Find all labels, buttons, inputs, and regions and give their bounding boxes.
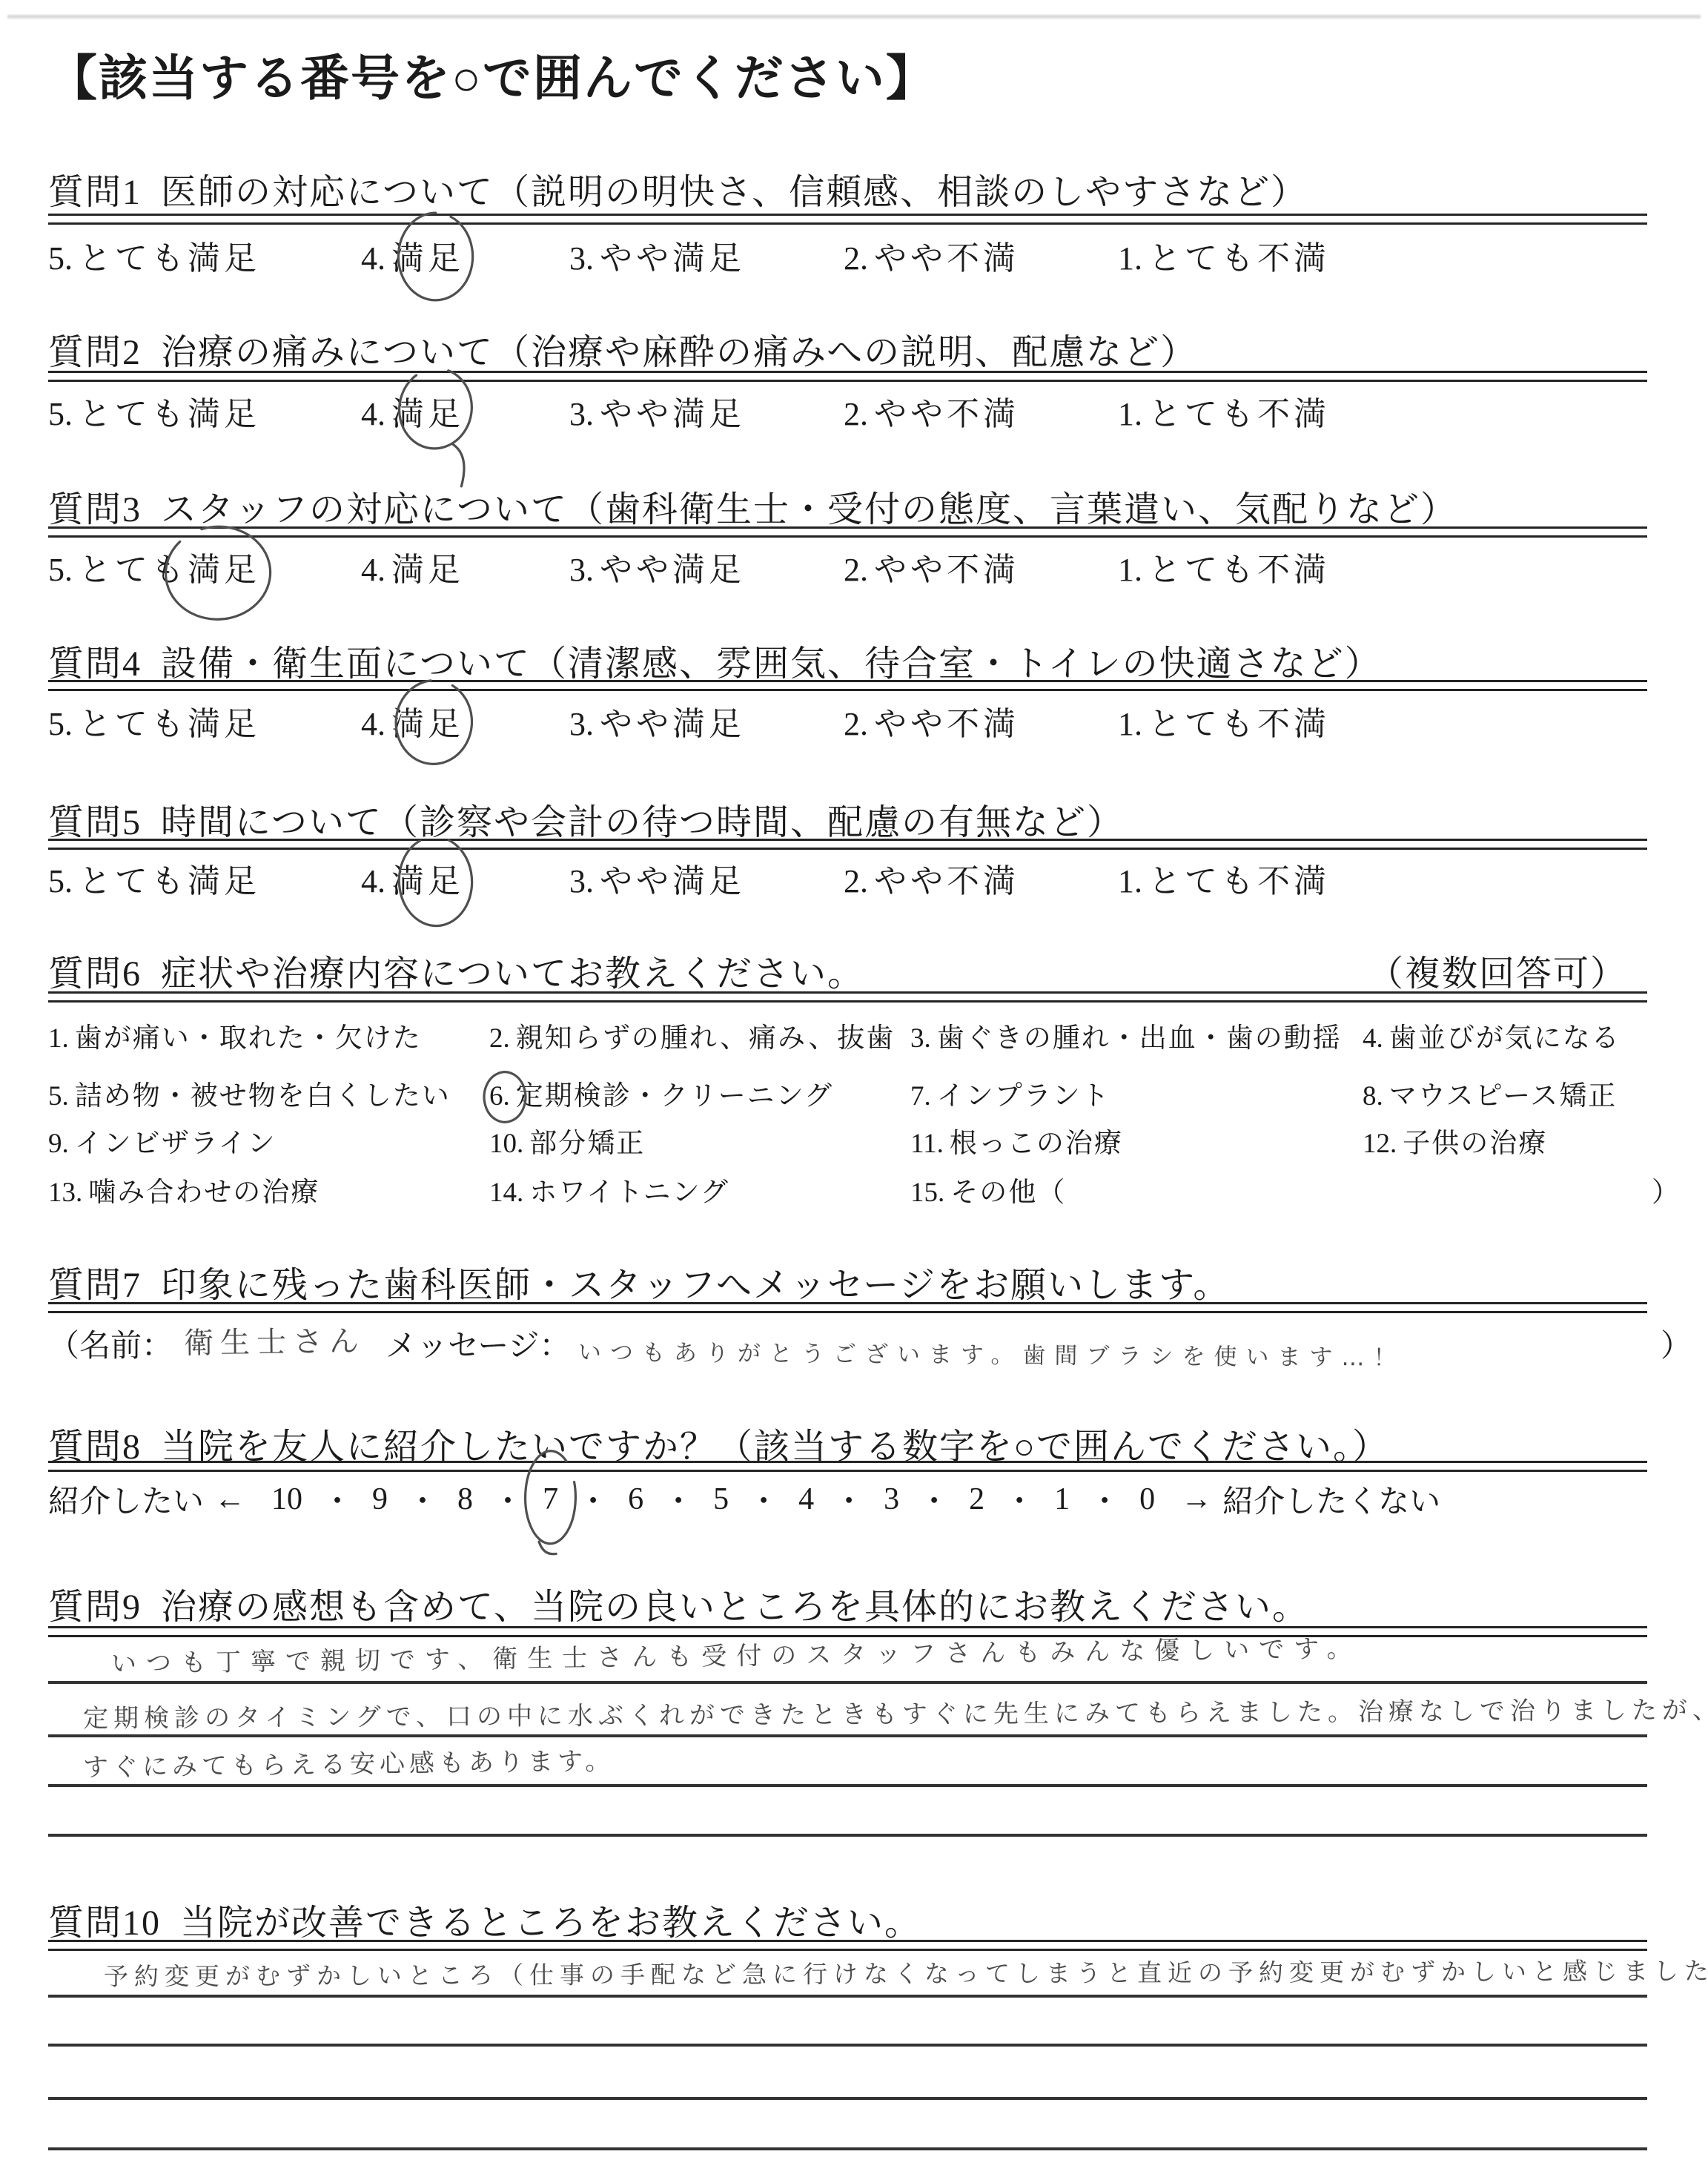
q8-number-8: 8 (457, 1482, 473, 1517)
question-7-name-value-handwriting: 衛生士さん (184, 1318, 366, 1362)
question-10-topic: 当院が改善できるところをお教えください。 (180, 1903, 921, 1943)
q6-item-3: 3.歯ぐきの腫れ・出血・歯の動揺 (910, 1015, 1342, 1055)
q6-item-9: 9.インビザライン (48, 1120, 277, 1160)
option-3: 3.やや満足 (569, 697, 745, 744)
question-6-note: （複数回答可） (1368, 945, 1627, 996)
question-2-header: 質問2治療の痛みについて（治療や麻酔の痛みへの説明、配慮など） (48, 323, 1197, 374)
question-9-topic: 治療の感想も含めて、当院の良いところを具体的にお教えください。 (161, 1588, 1309, 1627)
question-3-header: 質問3スタッフの対応について（歯科衛生士・受付の態度、言葉遣い、気配りなど） (48, 480, 1457, 532)
q6-item-7: 7.インプラント (910, 1073, 1110, 1113)
q8-right-label: 紹介したくない (1222, 1477, 1440, 1522)
question-6-topic: 症状や治療内容についてお教えください。 (161, 954, 864, 994)
rule (48, 1940, 1647, 1951)
question-4-header: 質問4設備・衛生面について（清潔感、雰囲気、待合室・トイレの快適さなど） (48, 635, 1382, 686)
q8-number-2: 2 (969, 1482, 984, 1517)
q6-item-11: 11.根っこの治療 (910, 1120, 1123, 1160)
question-10-header: 質問10当院が改善できるところをお教えください。 (48, 1894, 921, 1945)
option-2: 2.やや不満 (844, 543, 1019, 590)
question-6-row-3: 9.インビザライン 10.部分矯正 11.根っこの治療 12.子供の治療 (0, 1120, 1708, 1159)
q6-item-6-circled: 6.定期検診・クリーニング (489, 1073, 833, 1113)
question-3-options: 5.とても満足 4.満足 3.やや満足 2.やや不満 1.とても不満 (0, 543, 1708, 587)
question-9-number: 質問9 (48, 1588, 142, 1627)
question-4-options: 5.とても満足 4.満足 3.やや満足 2.やや不満 1.とても不満 (0, 697, 1708, 742)
q6-item-1: 1.歯が痛い・取れた・欠けた (48, 1015, 422, 1055)
q6-item-13: 13.噛み合わせの治療 (48, 1169, 320, 1209)
option-4-circled: 4.満足 (361, 231, 464, 279)
answer-rule (48, 1734, 1647, 1737)
answer-rule (48, 1681, 1647, 1684)
question-1-header: 質問1医師の対応について（説明の明快さ、信頼感、相談のしやすさなど） (48, 163, 1308, 214)
question-7-number: 質問7 (48, 1266, 142, 1305)
rule (48, 991, 1647, 1003)
answer-rule (48, 1834, 1647, 1837)
q8-number-9: 9 (372, 1482, 388, 1517)
option-2: 2.やや不満 (844, 854, 1019, 902)
question-6-row-4: 13.噛み合わせの治療 14.ホワイトニング 15.その他（ ） (0, 1169, 1708, 1208)
option-5: 5.とても満足 (48, 854, 260, 902)
answer-rule (48, 2044, 1647, 2047)
option-2: 2.やや不満 (844, 697, 1019, 744)
answer-rule (48, 1995, 1647, 1998)
option-1: 1.とても不満 (1118, 854, 1330, 902)
scan-artifact-line (7, 15, 1701, 19)
q8-number-5: 5 (713, 1482, 729, 1517)
question-1-options: 5.とても満足 4.満足 3.やや満足 2.やや不満 1.とても不満 (0, 231, 1708, 276)
question-2-topic: 治療の痛みについて（治療や麻酔の痛みへの説明、配慮など） (161, 333, 1197, 372)
answer-rule (48, 2147, 1647, 2150)
q8-number-10: 10 (271, 1482, 302, 1517)
q6-item-2: 2.親知らずの腫れ、痛み、抜歯 (489, 1015, 895, 1055)
question-4-topic: 設備・衛生面について（清潔感、雰囲気、待合室・トイレの快適さなど） (161, 644, 1382, 684)
q6-item-12: 12.子供の治療 (1363, 1120, 1547, 1160)
rule (48, 1302, 1647, 1313)
question-10-number: 質問10 (48, 1903, 161, 1943)
question-7-name-label: （名前： (48, 1321, 173, 1366)
question-2-number: 質問2 (48, 333, 142, 372)
option-3: 3.やや満足 (569, 543, 745, 590)
option-4-circled: 4.満足 (361, 387, 464, 435)
q8-number-1: 1 (1054, 1482, 1070, 1517)
option-1: 1.とても不満 (1118, 697, 1330, 744)
question-1-number: 質問1 (48, 173, 142, 212)
answer-rule (48, 1784, 1647, 1787)
option-3: 3.やや満足 (569, 854, 745, 902)
option-5: 5.とても満足 (48, 387, 260, 435)
question-2-options: 5.とても満足 4.満足 3.やや満足 2.やや不満 1.とても不満 (0, 387, 1708, 432)
option-1: 1.とても不満 (1118, 387, 1330, 435)
q8-number-7-circled: 7 (543, 1482, 558, 1517)
scanned-survey-page: 【該当する番号を○で囲んでください】 質問1医師の対応について（説明の明快さ、信… (0, 0, 1708, 2160)
option-3: 3.やや満足 (569, 231, 745, 279)
option-4: 4.満足 (361, 543, 464, 590)
q6-item-10: 10.部分矯正 (489, 1120, 645, 1160)
q6-item-4: 4.歯並びが気になる (1363, 1015, 1621, 1055)
question-7-close-paren: ） (1661, 1321, 1692, 1366)
option-2: 2.やや不満 (844, 231, 1019, 279)
question-8-scale: 紹介したい ← 10 ・ 9 ・ 8 ・ 7 ・ 6 ・ 5 ・ 4 ・ 3 ・… (48, 1477, 1664, 1522)
question-1-topic: 医師の対応について（説明の明快さ、信頼感、相談のしやすさなど） (161, 173, 1308, 212)
question-5-topic: 時間について（診察や会計の待つ時間、配慮の有無など） (161, 803, 1124, 842)
question-7-message-value-handwriting: いつもありがとうございます。歯間ブラシを使います…！ (578, 1333, 1406, 1373)
q6-item-15: 15.その他（ (910, 1169, 1066, 1209)
option-2: 2.やや不満 (844, 387, 1019, 435)
option-1: 1.とても不満 (1118, 231, 1330, 279)
q8-number-6: 6 (628, 1482, 643, 1517)
option-5-circled: 5.とても満足 (48, 543, 260, 590)
q9-answer-line-3-handwriting: すぐにみてもらえる安心感もあります。 (83, 1740, 615, 1783)
question-6-row-2: 5.詰め物・被せ物を白くしたい 6.定期検診・クリーニング 7.インプラント 8… (0, 1073, 1708, 1112)
question-6-row-1: 1.歯が痛い・取れた・欠けた 2.親知らずの腫れ、痛み、抜歯 3.歯ぐきの腫れ・… (0, 1015, 1708, 1054)
rule (48, 680, 1647, 691)
question-7-message-label: メッセージ： (385, 1321, 570, 1366)
option-4-circled: 4.満足 (361, 697, 464, 744)
question-5-header: 質問5時間について（診察や会計の待つ時間、配慮の有無など） (48, 793, 1124, 845)
question-7-topic: 印象に残った歯科医師・スタッフへメッセージをお願いします。 (161, 1266, 1230, 1305)
rule (48, 371, 1647, 382)
q6-other-close-paren: ） (1652, 1169, 1679, 1209)
q8-number-4: 4 (798, 1482, 814, 1517)
rule (48, 839, 1647, 850)
rule (48, 526, 1647, 538)
question-3-topic: スタッフの対応について（歯科衛生士・受付の態度、言葉遣い、気配りなど） (161, 490, 1457, 529)
question-4-number: 質問4 (48, 644, 142, 684)
q8-right-arrow: → (1181, 1482, 1212, 1517)
q8-number-3: 3 (884, 1482, 899, 1517)
answer-rule (48, 2097, 1647, 2100)
page-title: 【該当する番号を○で囲んでください】 (48, 39, 936, 109)
q6-item-8: 8.マウスピース矯正 (1363, 1073, 1617, 1113)
question-5-number: 質問5 (48, 803, 142, 842)
q9-answer-line-2-handwriting: 定期検診のタイミングで、口の中に水ぶくれができたときもすぐに先生にみてもらえまし… (83, 1689, 1708, 1734)
option-4-circled: 4.満足 (361, 854, 464, 902)
question-7-header: 質問7印象に残った歯科医師・スタッフへメッセージをお願いします。 (48, 1256, 1230, 1307)
option-3: 3.やや満足 (569, 387, 745, 435)
q8-left-arrow: ← (214, 1482, 245, 1517)
rule (48, 214, 1647, 225)
option-5: 5.とても満足 (48, 697, 260, 744)
question-5-options: 5.とても満足 4.満足 3.やや満足 2.やや不満 1.とても不満 (0, 854, 1708, 899)
q10-answer-line-1-handwriting: 予約変更がむずかしいところ（仕事の手配など急に行けなくなってしまうと直近の予約変… (104, 1952, 1708, 1992)
option-1: 1.とても不満 (1118, 543, 1330, 590)
question-9-header: 質問9治療の感想も含めて、当院の良いところを具体的にお教えください。 (48, 1578, 1309, 1629)
question-6-number: 質問6 (48, 954, 142, 994)
q6-item-5: 5.詰め物・被せ物を白くしたい (48, 1073, 451, 1113)
question-6-header: 質問6症状や治療内容についてお教えください。 (48, 945, 864, 996)
rule (48, 1461, 1647, 1472)
q6-item-14: 14.ホワイトニング (489, 1169, 729, 1209)
q8-left-label: 紹介したい (48, 1477, 204, 1522)
option-5: 5.とても満足 (48, 231, 260, 279)
q8-number-0: 0 (1139, 1482, 1155, 1517)
question-3-number: 質問3 (48, 490, 142, 529)
